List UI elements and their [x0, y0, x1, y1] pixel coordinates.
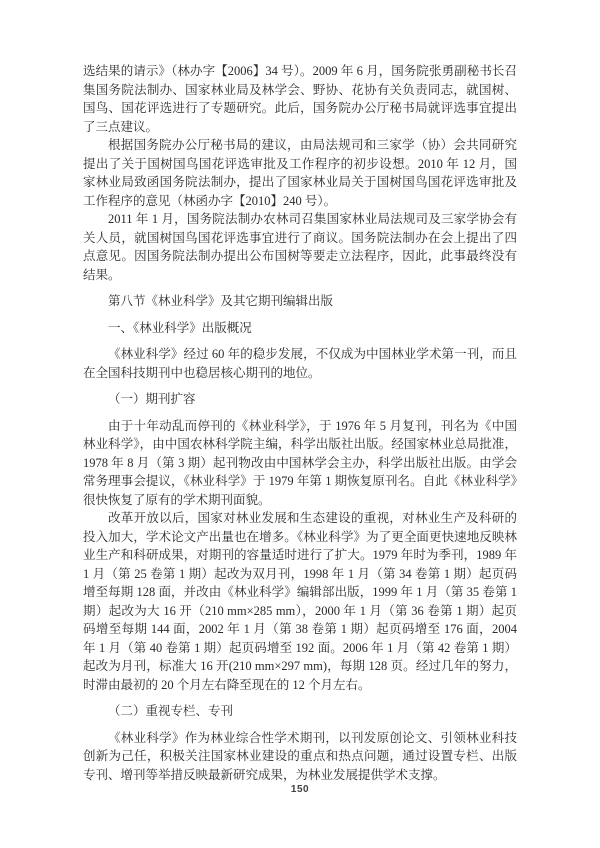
page-number: 150	[0, 784, 600, 795]
document-page: 选结果的请示》（林办字【2006】34 号）。2009 年 6 月，国务院张勇副…	[0, 0, 600, 848]
paragraph-secretariat-suggestion: 根据国务院办公厅秘书局的建议，由局法规司和三家学（协）会共同研究提出了关于国树国…	[83, 136, 517, 210]
paragraph-continuation: 选结果的请示》（林办字【2006】34 号）。2009 年 6 月，国务院张勇副…	[83, 62, 517, 136]
subsection-heading-overview: 一、《林业科学》出版概况	[83, 319, 517, 338]
text-block: 选结果的请示》（林办字【2006】34 号）。2009 年 6 月，国务院张勇副…	[83, 62, 517, 784]
paragraph-capacity-expansion: 改革开放以后，国家对林业发展和生态建设的重视，对林业生产及科研的投入加大，学术论…	[83, 509, 517, 694]
paragraph-2011-meeting: 2011 年 1 月，国务院法制办农林司召集国家林业局法规司及三家学协会有关人员…	[83, 210, 517, 284]
item-heading-expansion: （一）期刊扩容	[83, 390, 517, 409]
item-heading-special-columns: （二）重视专栏、专刊	[83, 702, 517, 721]
section-heading: 第八节《林业科学》及其它期刊编辑出版	[83, 292, 517, 311]
paragraph-journal-status: 《林业科学》经过 60 年的稳步发展，不仅成为中国林业学术第一刊，而且在全国科技…	[83, 345, 517, 382]
paragraph-special-columns: 《林业科学》作为林业综合性学术期刊，以刊发原创论文、引领林业科技创新为己任，积极…	[83, 729, 517, 785]
paragraph-journal-resume: 由于十年动乱而停刊的《林业科学》，于 1976 年 5 月复刊，刊名为《中国林业…	[83, 417, 517, 510]
